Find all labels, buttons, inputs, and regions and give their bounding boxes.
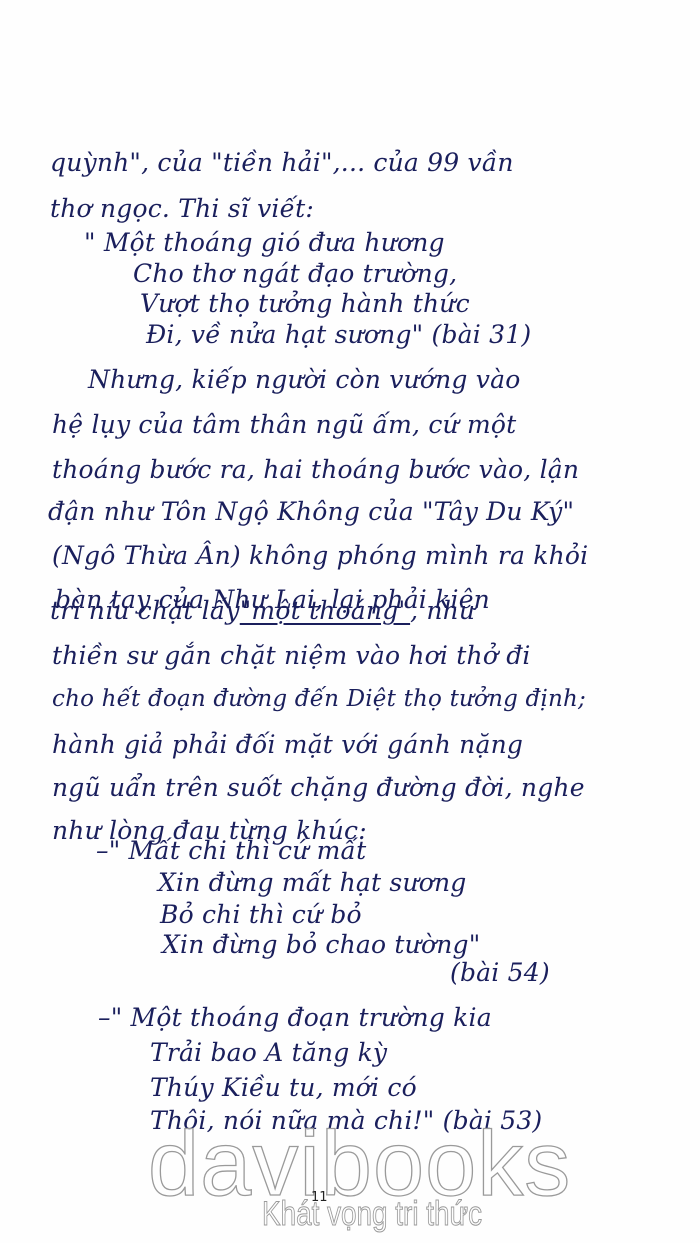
poem-line: –" Một thoáng đoạn trường kia [98, 1005, 492, 1030]
poem-line: Đi, về nửa hạt sương" (bài 31) [146, 322, 531, 347]
text-line: ngũ uẩn trên suốt chặng đường đời, nghe [52, 775, 585, 800]
poem-line: –" Mất chi thì cứ mất [96, 838, 366, 863]
text-line: trì níu chặt lấy"một thoáng", như [50, 598, 475, 623]
text-line: thoáng bước ra, hai thoáng bước vào, lận [52, 457, 579, 482]
text-fragment: trì níu chặt lấy [50, 596, 240, 625]
text-line: hành giả phải đối mặt với gánh nặng [52, 732, 523, 757]
poem-line: " Một thoáng gió đưa hương [84, 230, 445, 255]
poem-line: Cho thơ ngát đạo trường, [133, 261, 457, 286]
text-line: quỳnh", của "tiền hải",... của 99 vần [50, 150, 514, 175]
poem-citation: (bài 54) [450, 960, 550, 985]
text-line: (Ngô Thừa Ân) không phóng mình ra khỏi [52, 543, 588, 568]
text-line: đận như Tôn Ngộ Không của "Tây Du Ký" [48, 499, 574, 524]
manuscript-page: quỳnh", của "tiền hải",... của 99 vần th… [0, 0, 700, 1243]
text-line: Nhưng, kiếp người còn vướng vào [88, 367, 520, 392]
poem-line: Trải bao A tăng kỳ [150, 1040, 387, 1065]
text-fragment: , như [410, 596, 475, 625]
poem-line: Thúy Kiều tu, mới có [150, 1075, 417, 1100]
text-line: thơ ngọc. Thi sĩ viết: [50, 196, 314, 221]
poem-line: Xin đừng bỏ chao tường" [162, 932, 480, 957]
poem-line: Xin đừng mất hạt sương [158, 870, 467, 895]
watermark-slogan: Khát vọng tri thức [262, 1197, 482, 1231]
poem-line: Vượt thọ tưởng hành thức [140, 291, 470, 316]
text-line: cho hết đoạn đường đến Diệt thọ tưởng đị… [52, 688, 586, 711]
poem-line: Bỏ chi thì cứ bỏ [160, 902, 362, 927]
text-line: hệ lụy của tâm thân ngũ ấm, cứ một [52, 412, 516, 437]
text-line: thiền sư gắn chặt niệm vào hơi thở đi [52, 643, 531, 668]
underlined-phrase: "một thoáng" [240, 596, 410, 625]
